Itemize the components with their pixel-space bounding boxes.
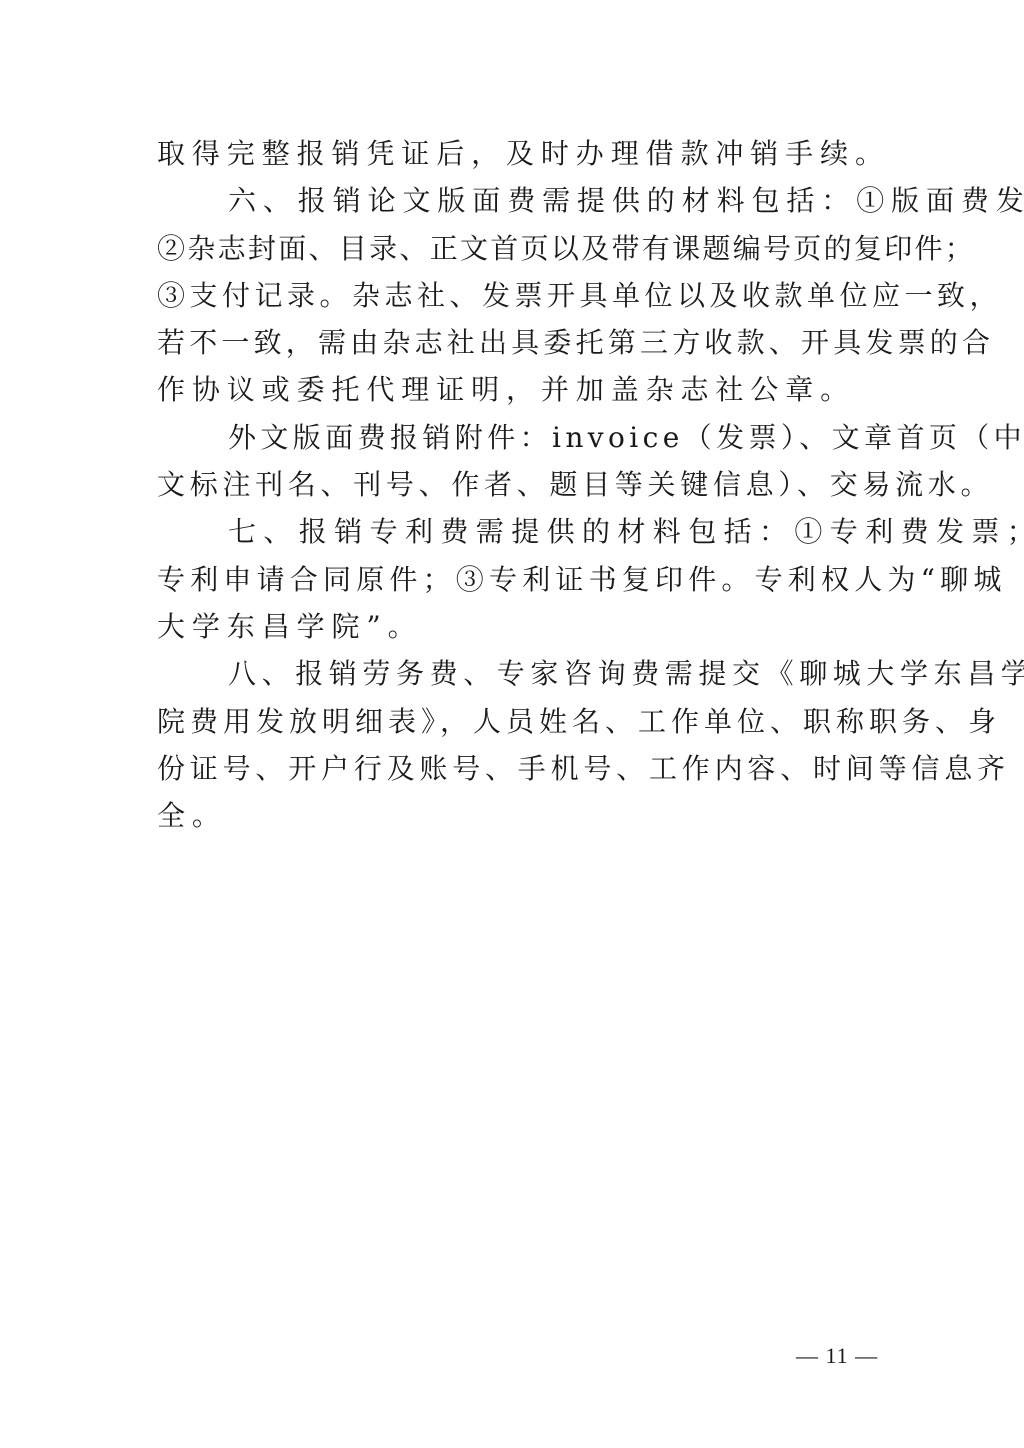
- paragraph-seven-line: 七、报销专利费需提供的材料包括：①专利费发票；②: [157, 508, 869, 555]
- text-line: 文标注刊名、刊号、作者、题目等关键信息）、交易流水。: [157, 461, 869, 508]
- foreign-fee-line: 外文版面费报销附件：invoice（发票）、文章首页（中: [157, 414, 869, 461]
- text-line: ②杂志封面、目录、正文首页以及带有课题编号页的复印件；: [157, 225, 869, 272]
- text-line: 取得完整报销凭证后，及时办理借款冲销手续。: [157, 130, 869, 177]
- paragraph-eight-line: 八、报销劳务费、专家咨询费需提交《聊城大学东昌学: [157, 650, 869, 697]
- text-line: 若不一致，需由杂志社出具委托第三方收款、开具发票的合: [157, 319, 869, 366]
- text-line: 作协议或委托代理证明，并加盖杂志社公章。: [157, 366, 869, 413]
- text-line: 专利申请合同原件；③专利证书复印件。专利权人为“聊城: [157, 556, 869, 603]
- text-line: 全。: [157, 792, 869, 839]
- text-line: 大学东昌学院”。: [157, 603, 869, 650]
- text-line: 份证号、开户行及账号、手机号、工作内容、时间等信息齐: [157, 745, 869, 792]
- page-number: — 11 —: [796, 1343, 878, 1369]
- document-page: 取得完整报销凭证后，及时办理借款冲销手续。 六、报销论文版面费需提供的材料包括：…: [0, 0, 1024, 1448]
- text-line: ③支付记录。杂志社、发票开具单位以及收款单位应一致，: [157, 272, 869, 319]
- paragraph-six-line: 六、报销论文版面费需提供的材料包括：①版面费发票；: [157, 177, 869, 224]
- text-line: 院费用发放明细表》，人员姓名、工作单位、职称职务、身: [157, 698, 869, 745]
- document-body: 取得完整报销凭证后，及时办理借款冲销手续。 六、报销论文版面费需提供的材料包括：…: [157, 130, 869, 839]
